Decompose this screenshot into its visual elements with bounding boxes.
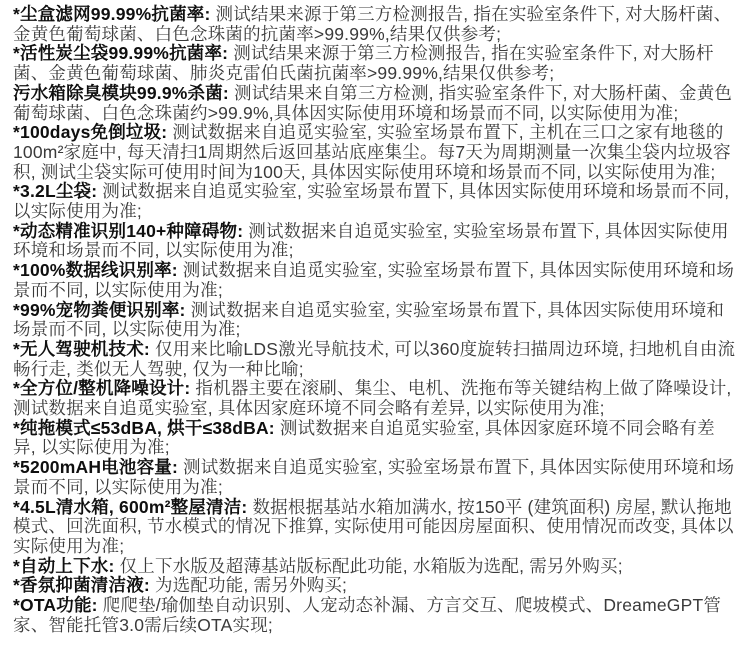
disclaimer-item: *5200mAH电池容量:测试数据来自追觅实验室, 实验室场景布置下, 具体因实…	[13, 458, 737, 497]
disclaimer-item: 污水箱除臭模块99.9%杀菌:测试结果来自第三方检测, 指实验室条件下, 对大肠…	[13, 84, 737, 123]
disclaimer-title: *OTA功能:	[13, 595, 98, 615]
disclaimer-title: *4.5L清水箱, 600m²整屋清洁:	[13, 497, 247, 517]
disclaimer-title: *纯拖模式≤53dBA, 烘干≤38dBA:	[13, 418, 275, 438]
disclaimer-text: 为选配功能, 需另外购买;	[155, 575, 347, 595]
disclaimer-title: *全方位/整机降噪设计:	[13, 378, 190, 398]
disclaimer-text: 仅上下水版及超薄基站版标配此功能, 水箱版为选配, 需另外购买;	[120, 556, 623, 576]
disclaimer-item: *3.2L尘袋:测试数据来自追觅实验室, 实验室场景布置下, 具体因实际使用环境…	[13, 182, 737, 221]
disclaimer-title: *香氛抑菌清洁液:	[13, 575, 150, 595]
disclaimer-item: *自动上下水:仅上下水版及超薄基站版标配此功能, 水箱版为选配, 需另外购买;	[13, 557, 737, 577]
disclaimer-item: *尘盒滤网99.99%抗菌率:测试结果来源于第三方检测报告, 指在实验室条件下,…	[13, 5, 737, 44]
disclaimer-title: 污水箱除臭模块99.9%杀菌:	[13, 83, 229, 103]
disclaimer-title: *自动上下水:	[13, 556, 115, 576]
disclaimer-item: *OTA功能:爬爬垫/瑜伽垫自动识别、人宠动态补漏、方言交互、爬坡模式、Drea…	[13, 596, 737, 635]
disclaimer-item: *动态精准识别140+种障碍物:测试数据来自追觅实验室, 实验室场景布置下, 具…	[13, 222, 737, 261]
disclaimer-title: *100days免倒垃圾:	[13, 122, 167, 142]
disclaimer-title: *99%宠物粪便识别率:	[13, 300, 186, 320]
disclaimer-text: 测试数据来自追觅实验室, 实验室场景布置下, 具体因实际使用环境和场景而不同, …	[13, 181, 729, 221]
disclaimer-item: *纯拖模式≤53dBA, 烘干≤38dBA:测试数据来自追觅实验室, 具体因家庭…	[13, 419, 737, 458]
disclaimer-document: *尘盒滤网99.99%抗菌率:测试结果来源于第三方检测报告, 指在实验室条件下,…	[0, 0, 750, 651]
disclaimer-item: *100%数据线识别率:测试数据来自追觅实验室, 实验室场景布置下, 具体因实际…	[13, 261, 737, 300]
disclaimer-text: 爬爬垫/瑜伽垫自动识别、人宠动态补漏、方言交互、爬坡模式、DreameGPT管家…	[13, 595, 721, 635]
disclaimer-title: *3.2L尘袋:	[13, 181, 97, 201]
disclaimer-title: *尘盒滤网99.99%抗菌率:	[13, 4, 211, 24]
disclaimer-item: *活性炭尘袋99.99%抗菌率:测试结果来源于第三方检测报告, 指在实验室条件下…	[13, 44, 737, 83]
disclaimer-title: *动态精准识别140+种障碍物:	[13, 221, 243, 241]
disclaimer-item: *香氛抑菌清洁液:为选配功能, 需另外购买;	[13, 576, 737, 596]
disclaimer-title: *100%数据线识别率:	[13, 260, 178, 280]
disclaimer-item: *100days免倒垃圾:测试数据来自追觅实验室, 实验室场景布置下, 主机在三…	[13, 123, 737, 182]
disclaimer-title: *无人驾驶机技术:	[13, 339, 150, 359]
disclaimer-title: *5200mAH电池容量:	[13, 457, 178, 477]
disclaimer-item: *无人驾驶机技术:仅用来比喻LDS激光导航技术, 可以360度旋转扫描周边环境,…	[13, 340, 737, 379]
disclaimer-item: *全方位/整机降噪设计:指机器主要在滚刷、集尘、电机、洗拖布等关键结构上做了降噪…	[13, 379, 737, 418]
disclaimer-title: *活性炭尘袋99.99%抗菌率:	[13, 43, 228, 63]
disclaimer-item: *99%宠物粪便识别率:测试数据来自追觅实验室, 实验室场景布置下, 具体因实际…	[13, 301, 737, 340]
disclaimer-item: *4.5L清水箱, 600m²整屋清洁:数据根据基站水箱加满水, 按150平 (…	[13, 498, 737, 557]
